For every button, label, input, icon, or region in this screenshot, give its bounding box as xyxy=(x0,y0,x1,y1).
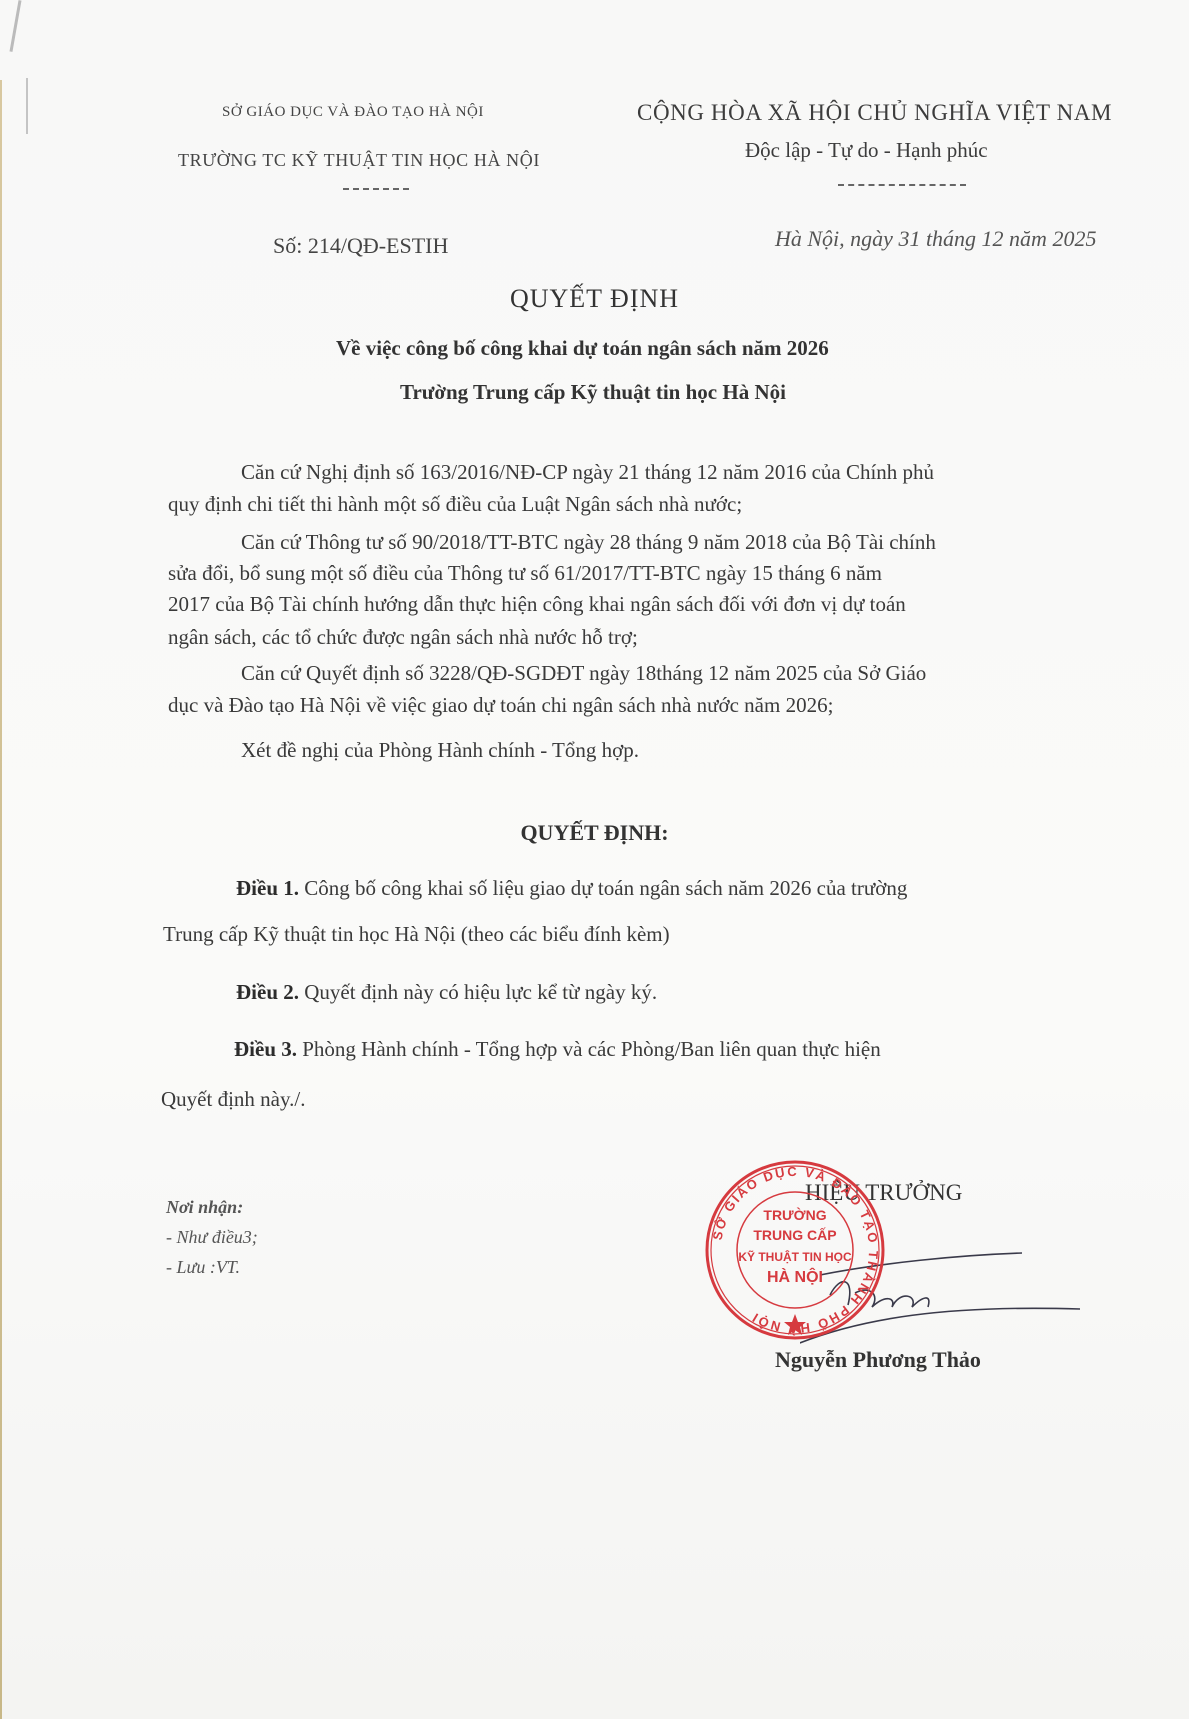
document-number: Số: 214/QĐ-ESTIH xyxy=(273,233,448,259)
national-motto: Độc lập - Tự do - Hạnh phúc xyxy=(745,138,988,163)
article-3-line2: Quyết định này./. xyxy=(161,1087,305,1112)
preamble-3-line1: Căn cứ Quyết định số 3228/QĐ-SGDĐT ngày … xyxy=(241,661,926,686)
preamble-2-line2: sửa đổi, bổ sung một số điều của Thông t… xyxy=(168,561,882,586)
preamble-1-line2: quy định chi tiết thi hành một số điều c… xyxy=(168,492,742,517)
recipients-heading: Nơi nhận: xyxy=(166,1192,258,1222)
document-subtitle-line2: Trường Trung cấp Kỹ thuật tin học Hà Nội xyxy=(400,380,786,405)
article-2-label: Điều 2. xyxy=(236,980,299,1004)
article-1-line1: Điều 1. Công bố công khai số liệu giao d… xyxy=(236,876,907,901)
article-1-text: Công bố công khai số liệu giao dự toán n… xyxy=(299,876,907,900)
preamble-2-line3: 2017 của Bộ Tài chính hướng dẫn thực hiệ… xyxy=(168,592,906,617)
article-3-label: Điều 3. xyxy=(234,1037,297,1061)
svg-text:TRUNG CẤP: TRUNG CẤP xyxy=(753,1227,836,1243)
article-1-line2: Trung cấp Kỹ thuật tin học Hà Nội (theo … xyxy=(163,922,670,947)
preamble-2-line1: Căn cứ Thông tư số 90/2018/TT-BTC ngày 2… xyxy=(241,530,936,555)
preamble-3-line2: dục và Đào tạo Hà Nội về việc giao dự to… xyxy=(168,693,833,718)
left-separator xyxy=(343,188,409,190)
national-title: CỘNG HÒA XÃ HỘI CHỦ NGHĨA VIỆT NAM xyxy=(637,100,1112,126)
article-2-text: Quyết định này có hiệu lực kể từ ngày ký… xyxy=(299,980,657,1004)
article-3-text: Phòng Hành chính - Tổng hợp và các Phòng… xyxy=(297,1037,881,1061)
recipient-item: - Lưu :VT. xyxy=(166,1252,258,1282)
article-2-line1: Điều 2. Quyết định này có hiệu lực kể từ… xyxy=(236,980,657,1005)
scan-mark xyxy=(26,78,28,134)
scan-mark xyxy=(10,0,22,52)
issuing-department: SỞ GIÁO DỤC VÀ ĐÀO TẠO HÀ NỘI xyxy=(222,104,484,121)
recipients-block: Nơi nhận: - Như điều3; - Lưu :VT. xyxy=(166,1192,258,1282)
svg-text:TRƯỜNG: TRƯỜNG xyxy=(763,1206,826,1223)
article-1-label: Điều 1. xyxy=(236,876,299,900)
right-separator xyxy=(838,184,966,186)
document-page: SỞ GIÁO DỤC VÀ ĐÀO TẠO HÀ NỘI TRƯỜNG TC … xyxy=(0,0,1189,1719)
svg-text:HÀ NỘI: HÀ NỘI xyxy=(767,1267,823,1286)
preamble-4-line1: Xét đề nghị của Phòng Hành chính - Tổng … xyxy=(241,738,639,763)
document-date: Hà Nội, ngày 31 tháng 12 năm 2025 xyxy=(775,226,1096,252)
preamble-2-line4: ngân sách, các tổ chức được ngân sách nh… xyxy=(168,625,638,650)
issuing-school: TRƯỜNG TC KỸ THUẬT TIN HỌC HÀ NỘI xyxy=(178,150,540,171)
document-subtitle-line1: Về việc công bố công khai dự toán ngân s… xyxy=(336,336,829,361)
recipient-item: - Như điều3; xyxy=(166,1222,258,1252)
official-seal-icon: SỞ GIÁO DỤC VÀ ĐÀO TẠO THÀNH PHỐ HÀ NỘI … xyxy=(703,1158,887,1342)
signer-name: Nguyễn Phương Thảo xyxy=(775,1347,981,1373)
article-3-line1: Điều 3. Phòng Hành chính - Tổng hợp và c… xyxy=(234,1037,881,1062)
preamble-1-line1: Căn cứ Nghị định số 163/2016/NĐ-CP ngày … xyxy=(241,460,934,485)
document-title: QUYẾT ĐỊNH xyxy=(0,284,1189,314)
page-edge xyxy=(0,80,2,1719)
svg-text:KỸ THUẬT TIN HỌC: KỸ THUẬT TIN HỌC xyxy=(738,1249,852,1264)
decision-heading: QUYẾT ĐỊNH: xyxy=(0,820,1189,846)
